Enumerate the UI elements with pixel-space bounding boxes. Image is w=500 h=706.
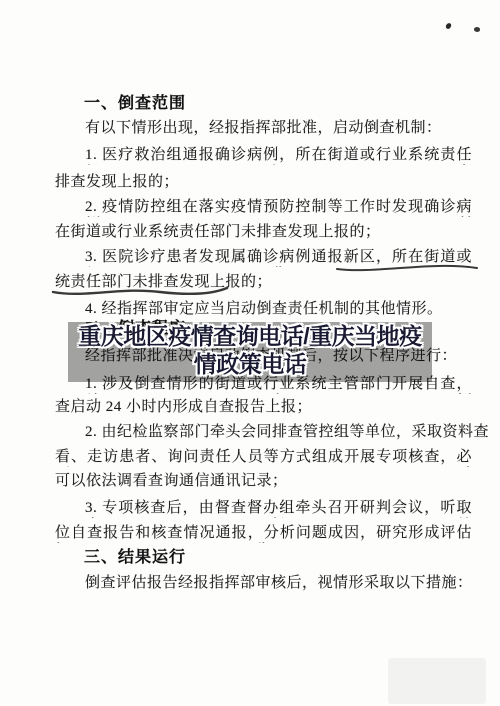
doc-line: 1. 医疗救治组通报确诊病例，所在街道或行业系统责任部门未	[85, 146, 472, 165]
watermark-text: 重庆地区疫情查询电话/重庆当地疫 情政策电话	[62, 322, 438, 378]
section-heading-1: 一、倒查范围	[84, 95, 186, 113]
doc-line: 3. 专项核查后，由督查督办组牵头召开研判会议，听取责任单	[85, 499, 472, 518]
doc-line: 2. 疫情防控组在落实疫情预防控制等工作时发现确诊病例，所	[85, 198, 472, 217]
doc-line: 查启动 24 小时内形成自查报告上报；	[55, 398, 312, 416]
doc-line: 位自查报告和核查情况通报，分析问题成因，研究形成评估报告。	[55, 524, 472, 543]
doc-line: 在街道或行业系统责任部门未排查发现上报的；	[55, 223, 381, 241]
doc-line: 4. 经指挥部审定应当启动倒查责任机制的其他情形。	[85, 300, 443, 318]
doc-line: 看、走访患者、询问责任人员等方式组成开展专项核查，必要时	[55, 448, 472, 467]
ink-speck	[445, 22, 452, 29]
doc-line: 排查发现上报的；	[55, 173, 179, 191]
doc-line: 统责任部门未排查发现上报的；	[55, 273, 272, 291]
ink-speck	[474, 26, 481, 32]
scanned-document-page: 一、倒查范围 有以下情形出现，经报指挥部批准，启动倒查机制： 1. 医疗救治组通…	[0, 0, 500, 706]
doc-line: 可以依法调看查询通信通讯记录；	[55, 472, 288, 490]
scan-smudge	[388, 658, 486, 704]
doc-line: 倒查评估报告经报指挥部审核后，视情形采取以下措施：	[85, 574, 473, 592]
watermark-line-2: 情政策电话	[62, 350, 438, 378]
watermark-line-1: 重庆地区疫情查询电话/重庆当地疫	[62, 322, 438, 350]
doc-line: 2. 由纪检监察部门牵头会同排查管控组等单位，采取资料查	[85, 423, 489, 441]
doc-line: 3. 医院诊疗患者发现属确诊病例通报新区，所在街道或行业系	[85, 248, 472, 267]
section-heading-3: 三、结果运行	[84, 549, 186, 567]
doc-line: 有以下情形出现，经报指挥部批准，启动倒查机制：	[85, 119, 442, 137]
